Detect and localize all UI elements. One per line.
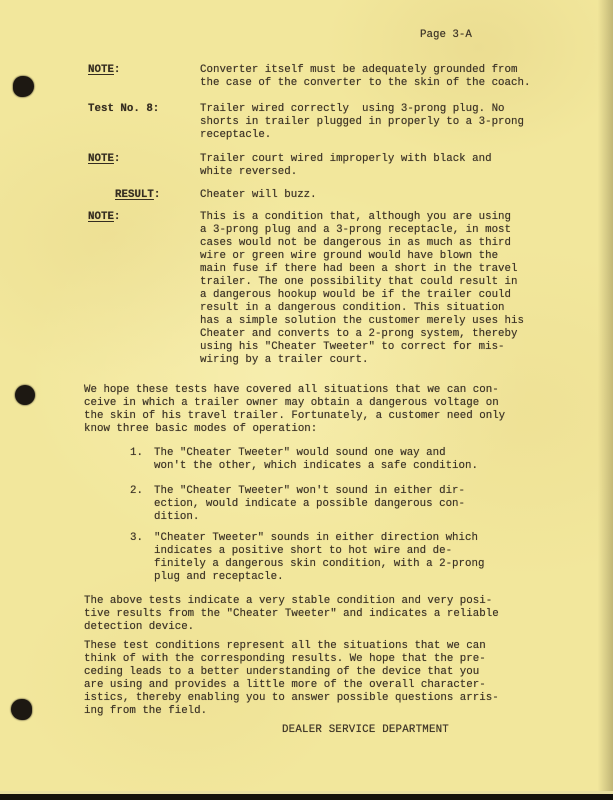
entry-text: Trailer court wired improperly with blac… — [200, 153, 492, 179]
entry-label: Test No. 8: — [88, 103, 159, 116]
entry-text: Trailer wired correctly using 3-prong pl… — [200, 103, 524, 142]
hole-punch-bottom — [11, 699, 32, 720]
summary-paragraph: The above tests indicate a very stable c… — [84, 595, 499, 634]
mode-text: "Cheater Tweeter" sounds in either direc… — [154, 532, 484, 584]
entry-label: RESULT: — [115, 189, 160, 202]
note-entry: NOTE: This is a condition that, although… — [88, 211, 568, 263]
page-number: Page 3-A — [420, 29, 472, 42]
entry-text: Cheater will buzz. — [200, 189, 317, 202]
mode-item: 3. "Cheater Tweeter" sounds in either di… — [130, 532, 169, 584]
signature: DEALER SERVICE DEPARTMENT — [282, 724, 449, 737]
entry-label: NOTE: — [88, 64, 120, 77]
modes-list: 1. The "Cheater Tweeter" would sound one… — [0, 0, 613, 65]
test-entry: Test No. 8: Trailer wired correctly usin… — [88, 103, 568, 155]
scan-edge — [0, 794, 613, 800]
entry-label: NOTE: — [88, 153, 120, 166]
document-page: Page 3-A NOTE: Converter itself must be … — [0, 0, 613, 793]
hole-punch-middle — [15, 385, 35, 405]
mode-item: 2. The "Cheater Tweeter" won't sound in … — [130, 485, 169, 537]
closing-paragraph: These test conditions represent all the … — [84, 640, 499, 718]
entry-label: NOTE: — [88, 211, 120, 224]
mode-number: 3. — [130, 532, 143, 545]
mode-number: 2. — [130, 485, 143, 498]
mode-text: The "Cheater Tweeter" won't sound in eit… — [154, 485, 465, 524]
hole-punch-top — [13, 76, 34, 97]
entry-text: This is a condition that, although you a… — [200, 211, 524, 367]
mode-text: The "Cheater Tweeter" would sound one wa… — [154, 447, 478, 473]
intro-paragraph: We hope these tests have covered all sit… — [84, 384, 505, 436]
mode-number: 1. — [130, 447, 143, 460]
entry-text: Converter itself must be adequately grou… — [200, 64, 530, 90]
